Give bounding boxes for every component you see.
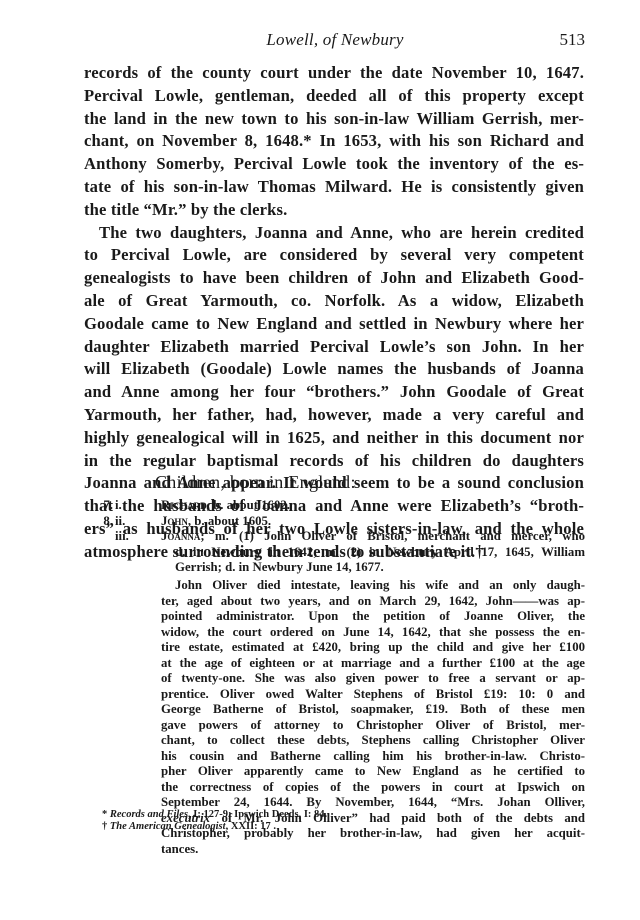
text-line: Anthony Somerby, Percival Lowle took the…: [84, 153, 584, 176]
text-line: to Percival Lowle, are considered by sev…: [84, 244, 584, 267]
child-detail: , b. about 1602.: [207, 498, 290, 512]
child-number: 7.: [95, 498, 113, 514]
child-text: Gerrish; d. in Newbury June 14, 1677.: [175, 560, 585, 576]
child-roman: i.: [115, 498, 122, 514]
text-line: the title “Mr.” by the clerks.: [84, 199, 584, 222]
paragraph-continuation: records of the county court under the da…: [84, 62, 584, 222]
child-entry-richard: 7. i. Richard, b. about 1602.: [95, 498, 585, 514]
text-line: Yarmouth, her father, had, however, made…: [84, 404, 584, 427]
note-line: the correctness of copies of the powers …: [161, 780, 585, 796]
child-text: d. in Newbury in 1642; m. (2) in Newbury…: [175, 545, 585, 561]
children-heading: Children, born in England:: [155, 472, 356, 493]
text-line: chant, on November 8, 1648.* In 1653, wi…: [84, 130, 584, 153]
footnote-asterisk: * Records and Files, I: 127-9; Ipswich D…: [102, 809, 502, 821]
footnote-mark: †: [102, 821, 110, 832]
text-line: genealogists to have been children of Jo…: [84, 267, 584, 290]
child-name: Joanna: [161, 529, 200, 543]
note-line: his cousin and Batherne calling him his …: [161, 749, 585, 765]
book-page: Lowell, of Newbury 513 records of the co…: [0, 0, 640, 920]
child-roman: ii.: [115, 514, 125, 530]
text-line: ale of Great Yarmouth, co. Norfolk. As a…: [84, 290, 584, 313]
footnote-source: Records and Files: [110, 809, 188, 820]
child-entry-continuation: Gerrish; d. in Newbury June 14, 1677.: [95, 560, 585, 576]
footnote-mark: *: [102, 809, 110, 820]
note-line: pher Oliver apparently came to New Engla…: [161, 764, 585, 780]
text-line: Percival Lowle, gentleman, deeded all of…: [84, 85, 584, 108]
text-line: records of the county court under the da…: [84, 62, 584, 85]
text-line: tate of his son-in-law Thomas Milward. H…: [84, 176, 584, 199]
child-name: Richard: [161, 498, 207, 512]
child-detail: ; m. (1) John Oliver of Bristol, merchan…: [200, 529, 585, 543]
footnotes: * Records and Files, I: 127-9; Ipswich D…: [102, 809, 502, 833]
child-text: John, b. about 1605.: [161, 514, 585, 530]
footnote-ref: , XXII: 17 .: [226, 821, 276, 832]
child-detail: , b. about 1605.: [188, 514, 271, 528]
footnote-source: The American Genealogist: [110, 821, 226, 832]
child-number: 8.: [95, 514, 113, 530]
text-line: and Anne among her four “brothers.” John…: [84, 381, 584, 404]
note-line: tances.: [161, 842, 585, 858]
children-list: 7. i. Richard, b. about 1602. 8. ii. Joh…: [95, 498, 585, 576]
child-text: Richard, b. about 1602.: [161, 498, 585, 514]
footnote-dagger: † The American Genealogist, XXII: 17 .: [102, 821, 502, 833]
text-line: in the regular baptismal records of his …: [84, 450, 584, 473]
text-line: the land in the new town to his son-in-l…: [84, 108, 584, 131]
note-line: George Batherne of Bristol, soapmaker, £…: [161, 702, 585, 718]
running-title: Lowell, of Newbury: [85, 30, 585, 50]
note-line: prentice. Oliver owed Walter Stephens of…: [161, 687, 585, 703]
footnote-ref: , I: 127-9; Ipswich Deeds, I: 84.: [188, 809, 327, 820]
page-number: 513: [560, 30, 586, 50]
note-line: gave powers of attorney to Christopher O…: [161, 718, 585, 734]
note-line: at the age of eighteen or at marriage an…: [161, 656, 585, 672]
child-entry-continuation: d. in Newbury in 1642; m. (2) in Newbury…: [95, 545, 585, 561]
child-roman: iii.: [115, 529, 129, 545]
text-line: The two daughters, Joanna and Anne, who …: [84, 222, 584, 245]
text-line: highly genealogical will in 1625, and ne…: [84, 427, 584, 450]
text-line: Goodale came to New England and settled …: [84, 313, 584, 336]
child-text: Joanna; m. (1) John Oliver of Bristol, m…: [161, 529, 585, 545]
note-line: John Oliver died intestate, leaving his …: [161, 578, 585, 594]
text-line: will Elizabeth (Goodale) Lowle names the…: [84, 358, 584, 381]
text-line: daughter Elizabeth married Percival Lowl…: [84, 336, 584, 359]
child-entry-john: 8. ii. John, b. about 1605.: [95, 514, 585, 530]
note-line: tire estate, estimated at £420, bring up…: [161, 640, 585, 656]
note-line: chant, to collect these debts, Stephens …: [161, 733, 585, 749]
running-head: Lowell, of Newbury 513: [85, 30, 585, 54]
note-line: of twenty-one. She was also given power …: [161, 671, 585, 687]
child-entry-joanna: iii. Joanna; m. (1) John Oliver of Brist…: [95, 529, 585, 545]
note-line: pointed administrator. Upon the petition…: [161, 609, 585, 625]
note-line: widow, the court ordered on June 14, 164…: [161, 625, 585, 641]
note-line: ter, aged about two years, and on March …: [161, 594, 585, 610]
child-name: John: [161, 514, 188, 528]
